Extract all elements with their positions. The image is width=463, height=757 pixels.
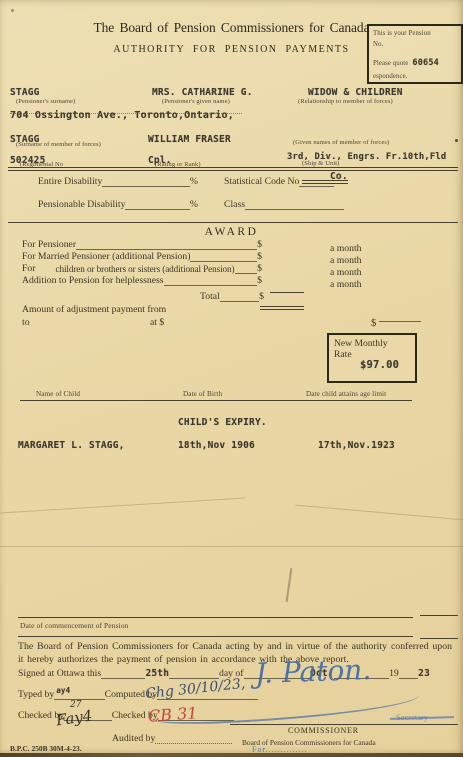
award-row-children: For children or brothers or sisters (add…: [22, 264, 262, 274]
relationship-value: WIDOW & CHILDREN: [308, 87, 403, 98]
dollar-sign: $: [257, 252, 262, 262]
pension-authority-form: The Board of Pension Commissioners for C…: [0, 0, 463, 757]
child-dob-value: 18th,Nov 1906: [178, 440, 255, 451]
audited-row: Audited by: [112, 734, 232, 744]
authorization-rule-left: [18, 636, 413, 637]
award-married-blank: [190, 252, 257, 262]
dollar-sign: $: [259, 292, 264, 302]
audited-by-label: Audited by: [112, 734, 155, 744]
signed-day-value: 25th: [145, 668, 169, 679]
child-age-limit-column-header: Date child attains age limit: [306, 390, 386, 398]
award-row-pensioner: For Pensioner $: [22, 240, 262, 250]
child-name-value: MARGARET L. STAGG,: [18, 440, 125, 451]
member-given-names-label: (Given names of member of forces): [293, 139, 389, 146]
statistical-code-row: Statistical Code No: [224, 177, 334, 187]
signed-year-blank: [399, 669, 418, 679]
class-blank: [245, 200, 344, 210]
total-double-rule: [260, 306, 304, 310]
pensioner-surname-value: STAGG: [10, 87, 40, 98]
member-given-names-value: WILLIAM FRASER: [148, 134, 231, 145]
child-name-column-header: Name of Child: [36, 390, 80, 398]
class-row: Class: [224, 200, 344, 210]
dollar-sign: $: [371, 318, 376, 329]
checked-by-handwriting: Fay4: [55, 707, 94, 730]
award-children-blank: [235, 264, 258, 274]
paper-crease: [0, 498, 245, 514]
total-label: Total: [200, 292, 220, 302]
member-surname-value: STAGG: [10, 134, 40, 145]
paper-crease: [295, 505, 463, 521]
childs-expiry-heading: CHILD'S EXPIRY.: [178, 417, 267, 428]
adjustment-to-label: to: [22, 317, 30, 328]
statistical-code-blank: [299, 177, 334, 187]
pensioner-surname-label: (Pensioner's surname): [16, 98, 75, 105]
authorization-rule-right: [420, 638, 458, 639]
signed-blank: [169, 669, 219, 679]
pension-number-value: 60654: [412, 58, 439, 68]
child-age-limit-value: 17th,Nov.1923: [318, 440, 395, 451]
typed-by-blank: ay4: [54, 690, 104, 700]
commissioner-rule: [230, 724, 458, 725]
dollar-sign: $: [257, 264, 262, 274]
form-number: B.P.C. 250B 30M-4-23.: [10, 744, 82, 753]
commissioner-signature: J. Paton.: [254, 653, 371, 690]
typed-by-label: Typed by: [18, 690, 54, 700]
entire-disability-row: Entire Disability %: [38, 177, 198, 187]
typed-by-value: ay4: [56, 686, 70, 695]
child-dob-column-header: Date of Birth: [183, 390, 222, 398]
pensionable-disability-row: Pensionable Disability %: [38, 200, 198, 210]
dollar-sign: $: [257, 240, 262, 250]
award-children-label: children or brothers or sisters (additio…: [55, 264, 234, 274]
dollar-sign: $: [257, 276, 262, 286]
award-heading: AWARD: [0, 226, 463, 238]
per-month-label: a month: [330, 243, 361, 254]
adjustment-label: Amount of adjustment payment from: [22, 304, 166, 315]
new-monthly-rate-box: New Monthly Rate $97.00: [327, 333, 417, 383]
scan-bottom-edge: [0, 753, 463, 757]
per-month-label: a month: [330, 279, 361, 290]
child-table-header-rule: [20, 400, 412, 401]
paper-crease: [0, 546, 463, 547]
pension-number-box: This is your Pension No. Please quote 60…: [367, 24, 463, 84]
amount-blank: [379, 321, 421, 322]
award-top-rule: [8, 222, 458, 223]
entire-disability-label: Entire Disability: [38, 177, 102, 187]
entire-disability-percent-sign: %: [190, 177, 198, 187]
pencil-mark: [286, 568, 292, 602]
commencement-rule-right: [420, 615, 458, 616]
audited-by-blank: [155, 734, 232, 744]
total-amount-blank: [270, 292, 304, 293]
total-row: Total $: [200, 292, 264, 302]
pensioner-address-value: 704 Ossington Ave., Toronto,Ontario,: [10, 110, 234, 121]
authorization-paragraph: The Board of Pension Commissioners for C…: [18, 641, 452, 667]
pension-box-line1: This is your Pension: [373, 29, 457, 40]
award-children-pre-label: For: [22, 264, 35, 274]
award-helplessness-label: Addition to Pension for helplessness: [22, 276, 164, 286]
award-row-married: For Married Pensioner (additional Pensio…: [22, 252, 262, 262]
pensionable-disability-label: Pensionable Disability: [38, 200, 125, 210]
scan-speck: [455, 139, 458, 142]
pensioner-given-name-label: (Pensioner's given name): [162, 98, 230, 105]
statistical-code-label: Statistical Code No: [224, 177, 299, 187]
pension-box-line2: No.: [373, 40, 457, 51]
commencement-rule-left: [18, 617, 413, 618]
per-month-label: a month: [330, 267, 361, 278]
pension-box-line4: espondence.: [373, 72, 457, 82]
unit-value: 3rd, Div., Engrs. Fr.10th,Fld: [287, 152, 446, 162]
section-divider-double-rule: [8, 167, 458, 171]
pensionable-disability-percent-sign: %: [190, 200, 198, 210]
signed-day-blank: [101, 669, 145, 679]
checked-row: Checked by Checked by: [18, 711, 234, 721]
commissioner-label: COMMISSIONER: [288, 726, 359, 735]
year-19-label: 19: [389, 669, 399, 679]
pension-box-quote-label: Please quote: [373, 60, 408, 67]
commencement-label: Date of commencement of Pension: [20, 621, 128, 630]
for-stamp: For..............: [252, 745, 308, 754]
relationship-label: (Relationship to member of forces): [298, 98, 393, 105]
pensioner-given-name-value: MRS. CATHARINE G.: [152, 87, 253, 98]
pensionable-disability-blank: [125, 200, 189, 210]
rank-value: Cpl.: [148, 155, 172, 166]
award-pensioner-blank: [76, 240, 257, 250]
adjustment-at-label: at $: [150, 317, 164, 328]
class-label: Class: [224, 200, 245, 210]
rate-box-line1: New Monthly: [334, 338, 410, 349]
per-month-label: a month: [330, 255, 361, 266]
scan-speck: [11, 9, 14, 12]
regimental-no-value: 502425: [10, 155, 46, 166]
award-row-helplessness: Addition to Pension for helplessness $: [22, 276, 262, 286]
checked-by2-handwriting: CB 31: [147, 703, 198, 725]
signed-year-value: 23: [418, 668, 430, 679]
entire-disability-blank: [102, 177, 190, 187]
total-leader: [220, 292, 259, 302]
award-helplessness-blank: [164, 276, 258, 286]
award-pensioner-label: For Pensioner: [22, 240, 76, 250]
signed-prefix-label: Signed at Ottawa this: [18, 669, 101, 679]
new-monthly-rate-value: $97.00: [360, 359, 410, 371]
award-married-label: For Married Pensioner (additional Pensio…: [22, 252, 190, 262]
